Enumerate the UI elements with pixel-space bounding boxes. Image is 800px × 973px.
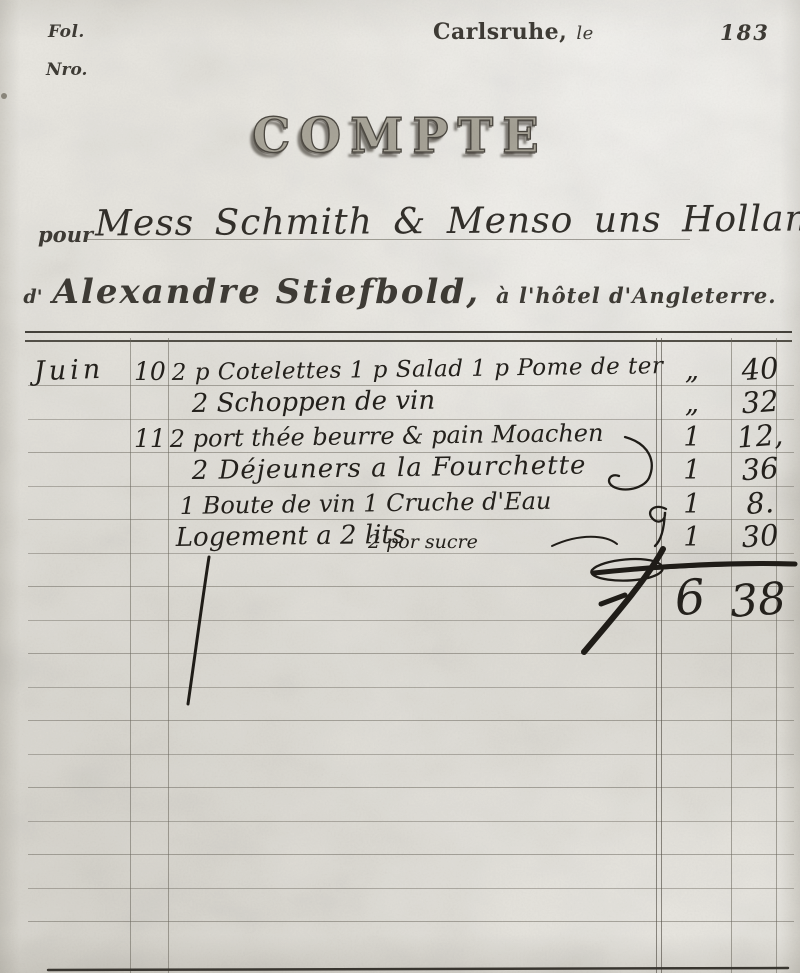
total-florins: 6 <box>652 567 729 629</box>
ledger-entry: Juin 10 2 p Cotelettes 1 p Salad 1 p Pom… <box>0 353 800 386</box>
entry-amount-florins: 1 <box>658 522 726 553</box>
entry-amount-florins: „ <box>658 355 726 386</box>
entry-description: 2 Déjeuners a la Fourchette <box>192 450 587 486</box>
entry-description: 2 p Cotelettes 1 p Salad 1 p Pome de ter <box>172 353 664 386</box>
entry-day: 11 <box>134 424 170 453</box>
entry-amount-florins: 1 <box>658 489 726 520</box>
entry-amount-kreuzer: 30 <box>726 517 794 556</box>
ledger-entry: 1 Boute de vin 1 Cruche d'Eau 1 8. <box>0 487 800 520</box>
entry-day: 10 <box>134 357 170 386</box>
entry-amount-florins: „ <box>658 388 726 419</box>
ledger-entry: 11 2 port thée beurre & pain Moachen 1 1… <box>0 420 800 453</box>
ledger-entry: Logement a 2 lits 2 por sucre 1 30 <box>0 520 800 553</box>
entry-description-superscript: 2 por sucre <box>368 531 478 553</box>
entry-amount-florins: 1 <box>658 422 726 453</box>
entry-month: Juin <box>33 354 104 387</box>
total-row: 6 38 <box>0 572 800 626</box>
invoice-document: Fol. Nro. Carlsruhe,le 183 COMPTE pour M… <box>0 0 800 973</box>
entry-description: 2 Schoppen de vin <box>192 386 436 419</box>
entry-amount-florins: 1 <box>658 455 726 486</box>
ledger-entry: 2 Déjeuners a la Fourchette 1 36 <box>0 453 800 486</box>
total-kreuzer: 38 <box>720 573 795 629</box>
entry-description: 2 port thée beurre & pain Moachen <box>170 419 604 453</box>
entry-description: 1 Boute de vin 1 Cruche d'Eau <box>180 487 552 520</box>
ledger-entry: 2 Schoppen de vin „ 32 <box>0 386 800 419</box>
entry-amount-kreuzer: 36 <box>726 450 794 489</box>
entry-amount-kreuzer: 32 <box>726 383 794 422</box>
